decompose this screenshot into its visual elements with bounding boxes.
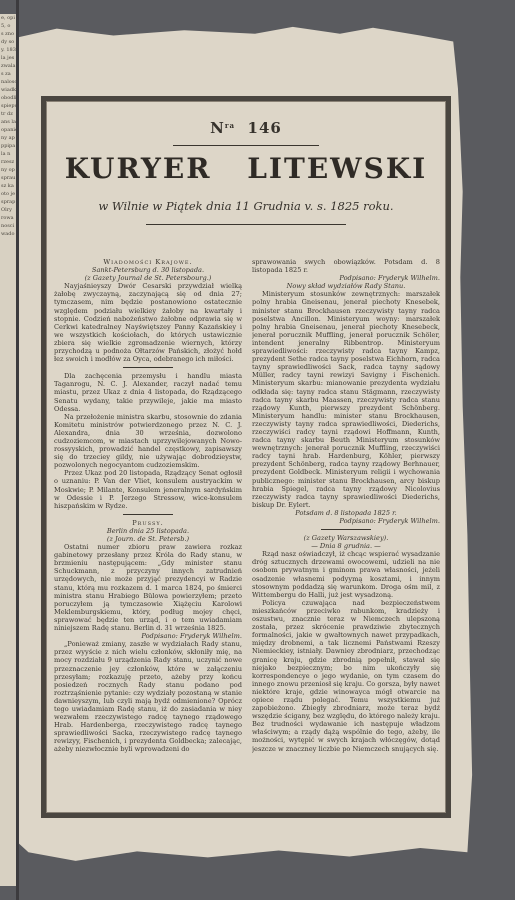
separator (123, 514, 173, 515)
signature: Podpisano: Fryderyk Wilhelm. (54, 632, 242, 640)
adjacent-page-text: e, opi5, os znody soy. 1830la jeszwalas … (0, 14, 16, 238)
article-paragraph: sprawowania swych obowiązków. Potsdam d.… (252, 258, 440, 274)
separator (321, 529, 371, 530)
masthead: Nra 146 KURYER LITEWSKI w Wilnie w Piąte… (46, 101, 446, 225)
binding-spine (16, 0, 19, 900)
separator (123, 367, 173, 368)
left-column: Wiadomości Krajowe. Sankt-Petersburg d. … (54, 258, 242, 805)
signature: Podpisano: Fryderyk Wilhelm. (252, 517, 440, 525)
right-column: sprawowania swych obowiązków. Potsdam d.… (252, 258, 440, 805)
article-paragraph: Policya czuwająca nad bezpieczeństwem mi… (252, 599, 440, 753)
article-paragraph: „Ponieważ zmiany, zaszłe w wydziałach Ra… (54, 640, 242, 753)
issue-number-value: 146 (248, 119, 282, 137)
newspaper-title: KURYER LITEWSKI (46, 152, 446, 185)
issue-prefix: N (210, 119, 225, 137)
source-line: (z Journ. de St. Petersb.) (54, 535, 242, 543)
article-paragraph: Rząd nasz oświadczył, iż chcąc wspierać … (252, 550, 440, 599)
place-date: Berlin dnia 25 listopada. (54, 527, 242, 535)
place-date: Sankt-Petersburg d. 30 listopada. (54, 266, 242, 274)
article-paragraph: Dla zachęcenia przemysłu i handlu miasta… (54, 372, 242, 412)
article-columns: Wiadomości Krajowe. Sankt-Petersburg d. … (54, 258, 440, 805)
place-date: Potsdam d. 8 listopada 1825 r. (252, 509, 440, 517)
newspaper-page: Nra 146 KURYER LITEWSKI w Wilnie w Piąte… (19, 20, 491, 878)
page-frame: Nra 146 KURYER LITEWSKI w Wilnie w Piąte… (41, 96, 451, 818)
masthead-rule-bottom (146, 224, 346, 225)
dateline: w Wilnie w Piątek dnia 11 Grudnia v. s. … (46, 199, 446, 213)
article-paragraph: Przez Ukaz pod 20 listopada, Rządzący Se… (54, 469, 242, 509)
issue-suffix: ra (225, 121, 235, 130)
subheading: Nowy skład wydziałów Rady Stanu. (252, 282, 440, 290)
masthead-rule-top (173, 145, 319, 146)
date-line: — Dnia 8 grudnia. — (252, 542, 440, 550)
section-heading-domestic: Wiadomości Krajowe. (54, 258, 242, 266)
article-paragraph: Na przełożenie ministra skarbu, stosowni… (54, 413, 242, 470)
issue-number: Nra 146 (46, 119, 446, 137)
article-paragraph: Ministeryum stosunków zewnętrznych: mars… (252, 290, 440, 509)
article-paragraph: Ostatni numer zbioru praw zawiera rozkaz… (54, 543, 242, 632)
signature: Podpisano: Fryderyk Wilhelm. (252, 274, 440, 282)
source-line: (z Gazety Journal de St. Petersbourg.) (54, 274, 242, 282)
section-heading-prussia: Prussy. (54, 519, 242, 527)
source-line: (z Gazety Warszawskiey). (252, 534, 440, 542)
article-paragraph: Nayjaśnieyszy Dwór Cesarski przywdział w… (54, 282, 242, 363)
